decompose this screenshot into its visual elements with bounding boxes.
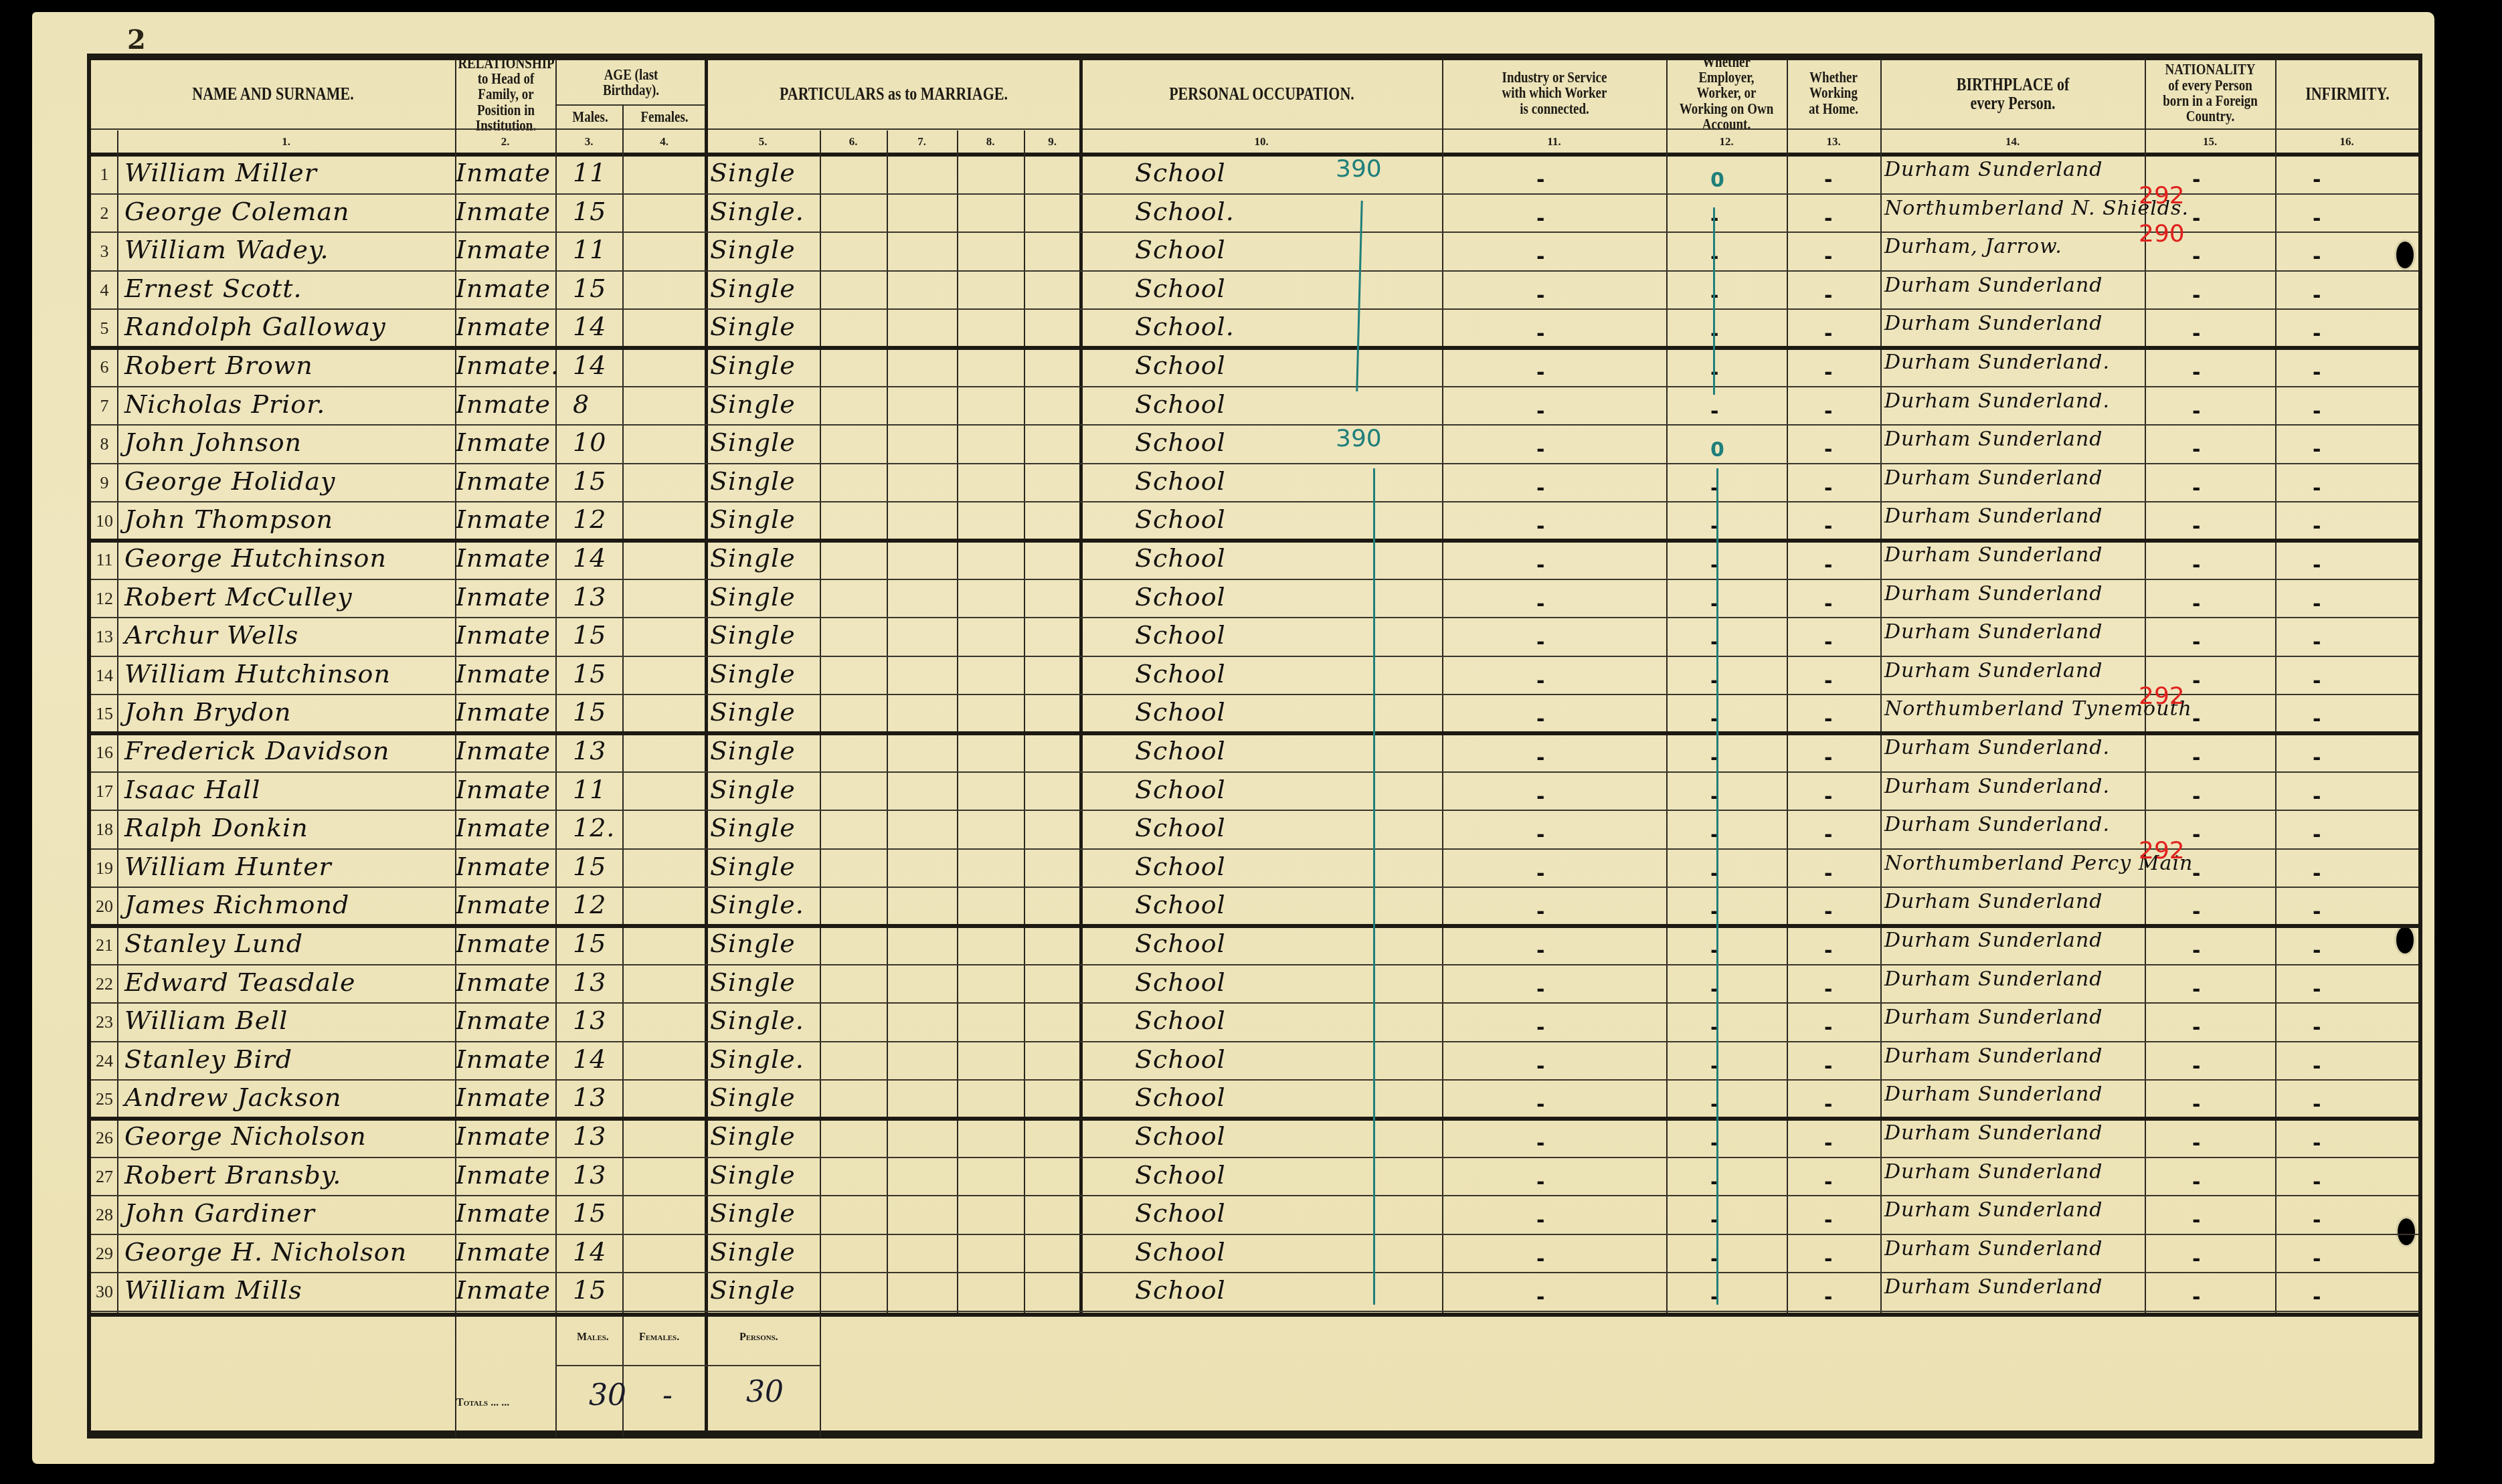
age-male-cell: 15 <box>573 929 606 958</box>
age-male-cell: 14 <box>573 543 606 573</box>
table-row: 16Frederick DavidsonInmate13SingleSchool… <box>91 733 2418 772</box>
tally-line <box>1373 468 1375 1305</box>
nationality-cell: - <box>2192 284 2200 308</box>
table-row: 22Edward TeasdaleInmate13SingleSchool---… <box>91 965 2418 1004</box>
relationship-cell: Inmate <box>456 504 551 534</box>
birthplace-cell: Durham Sunderland <box>1884 274 2103 297</box>
name-cell: William Miller <box>124 158 317 187</box>
name-cell: Ralph Donkin <box>124 813 308 842</box>
nationality-cell: - <box>2192 1248 2200 1271</box>
infirmity-cell: - <box>2313 785 2321 809</box>
infirmity-cell: - <box>2313 708 2321 731</box>
row-number: 15 <box>91 704 118 724</box>
age-male-cell: 15 <box>573 697 606 727</box>
row-number: 2 <box>91 203 118 223</box>
table-row: 3William Wadey.Inmate11SingleSchool---Du… <box>91 232 2418 271</box>
birthplace-cell: Durham Sunderland <box>1884 158 2103 181</box>
name-cell: William Wadey. <box>124 235 329 264</box>
industry-cell: - <box>1536 1171 1544 1194</box>
name-cell: Ernest Scott. <box>124 274 302 303</box>
marital-status-cell: Single. <box>710 1044 804 1074</box>
tally-line <box>1713 207 1715 395</box>
birthplace-cell: Durham Sunderland <box>1884 1237 2103 1261</box>
age-subheader-divider <box>557 104 705 106</box>
at-home-cell: - <box>1824 1132 1832 1155</box>
marital-status-cell: Single <box>710 775 796 804</box>
table-row: 8John JohnsonInmate10SingleSchool-0-Durh… <box>91 425 2418 464</box>
relationship-cell: Inmate <box>456 582 551 612</box>
colnum-9: 9. <box>1024 130 1081 153</box>
marital-status-cell: Single <box>710 1160 796 1190</box>
age-male-cell: 11 <box>573 775 606 804</box>
age-male-cell: 14 <box>573 351 606 380</box>
birthplace-cell: Durham Sunderland <box>1884 312 2103 335</box>
marital-status-cell: Single <box>710 312 796 341</box>
at-home-cell: - <box>1824 1209 1832 1232</box>
table-row: 7Nicholas Prior.Inmate8SingleSchool---Du… <box>91 387 2418 426</box>
birthplace-cell: Durham, Jarrow. <box>1884 235 2062 258</box>
relationship-cell: Inmate <box>456 466 551 496</box>
nationality-cell: - <box>2192 361 2200 385</box>
infirmity-cell: - <box>2313 1171 2321 1194</box>
marital-status-cell: Single <box>710 158 796 187</box>
nationality-cell: - <box>2192 1132 2200 1155</box>
infirmity-cell: - <box>2313 1055 2321 1079</box>
at-home-cell: - <box>1824 477 1832 500</box>
age-male-cell: 15 <box>573 1275 606 1305</box>
at-home-cell: - <box>1824 978 1832 1002</box>
relationship-cell: Inmate <box>456 967 551 997</box>
marital-status-cell: Single. <box>710 1006 804 1035</box>
totals-persons-value: 30 <box>746 1375 784 1409</box>
infirmity-cell: - <box>2313 631 2321 654</box>
birthplace-cell: Durham Sunderland <box>1884 1160 2103 1184</box>
table-row: 23William BellInmate13Single.School---Du… <box>91 1003 2418 1042</box>
table-row: 21Stanley LundInmate15SingleSchool---Dur… <box>91 926 2418 965</box>
row-number: 27 <box>91 1167 118 1187</box>
table-row: 12Robert McCulleyInmate13SingleSchool---… <box>91 579 2418 618</box>
marital-status-cell: Single <box>710 736 796 765</box>
header-marriage: PARTICULARS as to MARRIAGE. <box>708 52 1079 136</box>
relationship-cell: Inmate <box>456 1006 551 1035</box>
relationship-cell: Inmate <box>456 1083 551 1112</box>
birthplace-code-annotation: 292 <box>2139 837 2185 864</box>
occupation-cell: School <box>1135 389 1226 419</box>
table-row: 20James RichmondInmate12Single.School---… <box>91 887 2418 926</box>
colnum-8: 8. <box>957 130 1024 153</box>
at-home-cell: - <box>1824 1093 1832 1117</box>
industry-cell: - <box>1536 207 1544 231</box>
totals-rule <box>705 1315 708 1437</box>
colnum-4: 4. <box>622 130 706 153</box>
birthplace-code-annotation: 292 <box>2139 682 2185 710</box>
birthplace-cell: Durham Sunderland <box>1884 967 2103 991</box>
occupation-cell: School <box>1135 1121 1226 1151</box>
header-at-home: Whether Working at Home. <box>1788 54 1879 134</box>
row-number: 30 <box>91 1282 118 1302</box>
industry-cell: - <box>1536 1248 1544 1271</box>
table-row: 6Robert BrownInmate.14SingleSchool---Dur… <box>91 348 2418 387</box>
header-age: AGE (last Birthday). <box>557 60 705 105</box>
table-row: 1William MillerInmate11SingleSchool-0-Du… <box>91 155 2418 194</box>
name-cell: William Mills <box>124 1275 302 1305</box>
nationality-cell: - <box>2192 1093 2200 1117</box>
age-male-cell: 11 <box>573 158 606 187</box>
birthplace-cell: Durham Sunderland <box>1884 1083 2103 1106</box>
infirmity-cell: - <box>2313 1248 2321 1271</box>
marital-status-cell: Single <box>710 389 796 419</box>
at-home-cell: - <box>1824 515 1832 539</box>
nationality-cell: - <box>2192 824 2200 847</box>
infirmity-cell: - <box>2313 400 2321 424</box>
header-infirmity: INFIRMITY. <box>2276 52 2418 136</box>
relationship-cell: Inmate <box>456 1198 551 1228</box>
marital-status-cell: Single <box>710 813 796 842</box>
industry-cell: - <box>1536 708 1544 731</box>
marital-status-cell: Single <box>710 1275 796 1305</box>
employer-status-cell: - <box>1710 400 1718 424</box>
table-row: 10John ThompsonInmate12SingleSchool---Du… <box>91 502 2418 541</box>
age-male-cell: 12. <box>573 813 615 842</box>
occupation-cell: School <box>1135 967 1226 997</box>
nationality-cell: - <box>2192 400 2200 424</box>
occupation-code: 390 <box>1336 155 1382 183</box>
name-cell: George H. Nicholson <box>124 1237 407 1267</box>
name-cell: William Hutchinson <box>124 659 391 688</box>
marital-status-cell: Single. <box>710 197 804 226</box>
relationship-cell: Inmate <box>456 543 551 573</box>
industry-cell: - <box>1536 169 1544 192</box>
marital-status-cell: Single <box>710 274 796 303</box>
age-male-cell: 15 <box>573 1198 606 1228</box>
age-male-cell: 15 <box>573 466 606 496</box>
table-row: 5Randolph GallowayInmate14SingleSchool.-… <box>91 309 2418 348</box>
colnum-12: 12. <box>1666 130 1787 153</box>
row-number: 12 <box>91 589 118 609</box>
age-male-cell: 15 <box>573 659 606 688</box>
row-number: 21 <box>91 935 118 955</box>
birthplace-cell: Durham Sunderland <box>1884 620 2103 644</box>
industry-cell: - <box>1536 1016 1544 1040</box>
marital-status-cell: Single <box>710 1198 796 1228</box>
relationship-cell: Inmate <box>456 697 551 727</box>
industry-cell: - <box>1536 322 1544 346</box>
age-male-cell: 15 <box>573 197 606 226</box>
industry-cell: - <box>1536 862 1544 886</box>
occupation-cell: School <box>1135 890 1226 919</box>
nationality-cell: - <box>2192 322 2200 346</box>
header-occupation: PERSONAL OCCUPATION. <box>1083 52 1441 136</box>
name-cell: Isaac Hall <box>124 775 260 804</box>
at-home-cell: - <box>1824 939 1832 963</box>
nationality-cell: - <box>2192 1171 2200 1194</box>
marital-status-cell: Single <box>710 466 796 496</box>
at-home-cell: - <box>1824 1171 1832 1194</box>
industry-cell: - <box>1536 978 1544 1002</box>
colnum-3: 3. <box>555 130 622 153</box>
at-home-cell: - <box>1824 901 1832 924</box>
nationality-cell: - <box>2192 554 2200 577</box>
name-cell: Stanley Lund <box>124 929 303 958</box>
occupation-cell: School <box>1135 274 1226 303</box>
industry-cell: - <box>1536 1055 1544 1079</box>
infirmity-cell: - <box>2313 1132 2321 1155</box>
at-home-cell: - <box>1824 1016 1832 1040</box>
name-cell: John Johnson <box>124 428 302 457</box>
totals-males-value: 30 <box>589 1378 626 1412</box>
nationality-cell: - <box>2192 169 2200 192</box>
row-number: 11 <box>91 550 118 570</box>
occupation-cell: School <box>1135 697 1226 727</box>
occupation-cell: School. <box>1135 197 1235 226</box>
relationship-cell: Inmate <box>456 929 551 958</box>
at-home-cell: - <box>1824 1248 1832 1271</box>
row-number: 14 <box>91 666 118 686</box>
birthplace-cell: Durham Sunderland <box>1884 1275 2103 1299</box>
occupation-cell: School <box>1135 1275 1226 1305</box>
at-home-cell: - <box>1824 438 1832 462</box>
page-number: 2 <box>127 24 146 56</box>
age-male-cell: 13 <box>573 967 606 997</box>
age-male-cell: 13 <box>573 1083 606 1112</box>
birthplace-cell: Durham Sunderland <box>1884 428 2103 451</box>
occupation-cell: School <box>1135 466 1226 496</box>
name-cell: William Hunter <box>124 852 332 881</box>
age-male-cell: 14 <box>573 312 606 341</box>
header-relationship: RELATIONSHIP to Head of Family, or Posit… <box>456 55 555 135</box>
occupation-cell: School <box>1135 158 1226 187</box>
at-home-cell: - <box>1824 554 1832 577</box>
row-number: 26 <box>91 1128 118 1148</box>
infirmity-cell: - <box>2313 361 2321 385</box>
nationality-cell: - <box>2192 978 2200 1002</box>
marital-status-cell: Single <box>710 697 796 727</box>
totals-divider <box>91 1313 2418 1317</box>
table-row: 28John GardinerInmate15SingleSchool---Du… <box>91 1196 2418 1234</box>
row-number: 9 <box>91 473 118 493</box>
marital-status-cell: Single <box>710 659 796 688</box>
relationship-cell: Inmate <box>456 312 551 341</box>
occupation-cell: School <box>1135 1083 1226 1112</box>
occupation-cell: School <box>1135 1044 1226 1074</box>
birthplace-cell: Durham Sunderland <box>1884 890 2103 913</box>
infirmity-cell: - <box>2313 322 2321 346</box>
colnum-16: 16. <box>2275 130 2418 153</box>
occupation-code: 390 <box>1336 425 1382 452</box>
at-home-cell: - <box>1824 322 1832 346</box>
at-home-cell: - <box>1824 824 1832 847</box>
nationality-cell: - <box>2192 862 2200 886</box>
row-number: 22 <box>91 974 118 994</box>
nationality-cell: - <box>2192 747 2200 770</box>
row-number: 4 <box>91 280 118 300</box>
industry-cell: - <box>1536 246 1544 269</box>
birthplace-cell: Durham Sunderland <box>1884 1006 2103 1029</box>
marital-status-cell: Single <box>710 428 796 457</box>
occupation-cell: School <box>1135 1160 1226 1190</box>
marital-status-cell: Single <box>710 852 796 881</box>
infirmity-cell: - <box>2313 824 2321 847</box>
birthplace-cell: Durham Sunderland. <box>1884 389 2110 413</box>
name-cell: John Thompson <box>124 504 333 534</box>
table-row: 13Archur WellsInmate15SingleSchool---Dur… <box>91 618 2418 656</box>
age-male-cell: 8 <box>573 389 590 419</box>
at-home-cell: - <box>1824 1055 1832 1079</box>
name-cell: Robert McCulley <box>124 582 353 612</box>
infirmity-cell: - <box>2313 246 2321 269</box>
occupation-cell: School <box>1135 620 1226 650</box>
occupation-cell: School <box>1135 852 1226 881</box>
nationality-cell: - <box>2192 1016 2200 1040</box>
at-home-cell: - <box>1824 708 1832 731</box>
nationality-cell: - <box>2192 1055 2200 1079</box>
header-nationality: NATIONALITY of every Person born in a Fo… <box>2146 54 2274 134</box>
infirmity-cell: - <box>2313 438 2321 462</box>
row-number: 24 <box>91 1051 118 1071</box>
colnum-10: 10. <box>1081 130 1442 153</box>
nationality-cell: - <box>2192 438 2200 462</box>
header-name: NAME AND SURNAME. <box>91 52 455 136</box>
name-cell: George Hutchinson <box>124 543 387 573</box>
occupation-cell: School <box>1135 582 1226 612</box>
table-row: 29George H. NicholsonInmate14SingleSchoo… <box>91 1234 2418 1273</box>
row-number: 20 <box>91 897 118 917</box>
occupation-cell: School <box>1135 1198 1226 1228</box>
name-cell: Randolph Galloway <box>124 312 386 341</box>
industry-cell: - <box>1536 438 1544 462</box>
row-number: 17 <box>91 781 118 802</box>
colnum-11: 11. <box>1442 130 1666 153</box>
relationship-cell: Inmate <box>456 158 551 187</box>
row-number: 25 <box>91 1089 118 1109</box>
tally-line <box>1716 468 1718 1305</box>
at-home-cell: - <box>1824 284 1832 308</box>
industry-cell: - <box>1536 670 1544 693</box>
row-number: 8 <box>91 434 118 454</box>
infirmity-cell: - <box>2313 169 2321 192</box>
colnum-13: 13. <box>1787 130 1880 153</box>
nationality-cell: - <box>2192 631 2200 654</box>
table-row: 27Robert Bransby.Inmate13SingleSchool---… <box>91 1157 2418 1196</box>
at-home-cell: - <box>1824 1286 1832 1309</box>
at-home-cell: - <box>1824 631 1832 654</box>
at-home-cell: - <box>1824 593 1832 616</box>
header-employer: Whether Employer, Worker, or Working on … <box>1668 54 1785 134</box>
infirmity-cell: - <box>2313 593 2321 616</box>
name-cell: Robert Bransby. <box>124 1160 341 1190</box>
colnum-7: 7. <box>887 130 957 153</box>
relationship-cell: Inmate <box>456 736 551 765</box>
birthplace-cell: Durham Sunderland. <box>1884 351 2110 374</box>
relationship-cell: Inmate <box>456 813 551 842</box>
marital-status-cell: Single <box>710 543 796 573</box>
at-home-cell: - <box>1824 400 1832 424</box>
row-number: 23 <box>91 1012 118 1032</box>
marital-status-cell: Single <box>710 1083 796 1112</box>
table-row: 26George NicholsonInmate13SingleSchool--… <box>91 1119 2418 1157</box>
row-number: 16 <box>91 743 118 763</box>
row-number: 5 <box>91 318 118 339</box>
name-cell: Nicholas Prior. <box>124 389 325 419</box>
table-row: 4Ernest Scott.Inmate15SingleSchool---Dur… <box>91 271 2418 310</box>
infirmity-cell: - <box>2313 1286 2321 1309</box>
employer-status-cell: 0 <box>1710 169 1724 192</box>
infirmity-cell: - <box>2313 862 2321 886</box>
relationship-cell: Inmate <box>456 197 551 226</box>
row-number: 6 <box>91 357 118 377</box>
table-row: 18Ralph DonkinInmate12.SingleSchool---Du… <box>91 810 2418 849</box>
table-row: 25Andrew JacksonInmate13SingleSchool---D… <box>91 1080 2418 1119</box>
relationship-cell: Inmate <box>456 389 551 419</box>
table-row: 14William HutchinsonInmate15SingleSchool… <box>91 656 2418 695</box>
industry-cell: - <box>1536 1286 1544 1309</box>
row-number: 3 <box>91 242 118 262</box>
table-row: 15John BrydonInmate15SingleSchool---Nort… <box>91 694 2418 733</box>
birthplace-cell: Durham Sunderland <box>1884 582 2103 606</box>
nationality-cell: - <box>2192 939 2200 963</box>
age-male-cell: 11 <box>573 235 606 264</box>
age-male-cell: 15 <box>573 852 606 881</box>
at-home-cell: - <box>1824 670 1832 693</box>
industry-cell: - <box>1536 747 1544 770</box>
table-row: 9George HolidayInmate15SingleSchool---Du… <box>91 464 2418 502</box>
relationship-cell: Inmate <box>456 1044 551 1074</box>
at-home-cell: - <box>1824 747 1832 770</box>
colnum-5: 5. <box>706 130 820 153</box>
relationship-cell: Inmate <box>456 428 551 457</box>
industry-cell: - <box>1536 477 1544 500</box>
colnum-2: 2. <box>455 130 555 153</box>
industry-cell: - <box>1536 593 1544 616</box>
nationality-cell: - <box>2192 1286 2200 1309</box>
row-number: 7 <box>91 396 118 416</box>
infirmity-cell: - <box>2313 477 2321 500</box>
birthplace-cell: Durham Sunderland <box>1884 543 2103 567</box>
occupation-cell: School <box>1135 235 1226 264</box>
age-male-cell: 12 <box>573 890 606 919</box>
age-male-cell: 14 <box>573 1044 606 1074</box>
header-divider <box>91 128 2418 130</box>
at-home-cell: - <box>1824 361 1832 385</box>
age-male-cell: 13 <box>573 736 606 765</box>
birthplace-cell: Durham Sunderland <box>1884 504 2103 528</box>
employer-status-cell: 0 <box>1710 438 1724 462</box>
table-row: 30William MillsInmate15SingleSchool---Du… <box>91 1273 2418 1311</box>
industry-cell: - <box>1536 515 1544 539</box>
age-male-cell: 15 <box>573 620 606 650</box>
relationship-cell: Inmate <box>456 890 551 919</box>
birthplace-cell: Durham Sunderland <box>1884 466 2103 490</box>
totals-label: Totals ... ... <box>456 1397 509 1409</box>
name-cell: George Holiday <box>124 466 336 496</box>
occupation-cell: School <box>1135 1006 1226 1035</box>
table-row: 2George ColemanInmate15Single.School.---… <box>91 194 2418 233</box>
infirmity-cell: - <box>2313 747 2321 770</box>
occupation-cell: School <box>1135 504 1226 534</box>
name-cell: Stanley Bird <box>124 1044 292 1074</box>
at-home-cell: - <box>1824 169 1832 192</box>
row-number: 18 <box>91 820 118 840</box>
nationality-cell: - <box>2192 477 2200 500</box>
occupation-cell: School. <box>1135 312 1235 341</box>
colnum-15: 15. <box>2145 130 2275 153</box>
industry-cell: - <box>1536 284 1544 308</box>
totals-females-value: - <box>662 1378 673 1412</box>
infirmity-cell: - <box>2313 978 2321 1002</box>
industry-cell: - <box>1536 939 1544 963</box>
industry-cell: - <box>1536 1132 1544 1155</box>
occupation-cell: School <box>1135 813 1226 842</box>
